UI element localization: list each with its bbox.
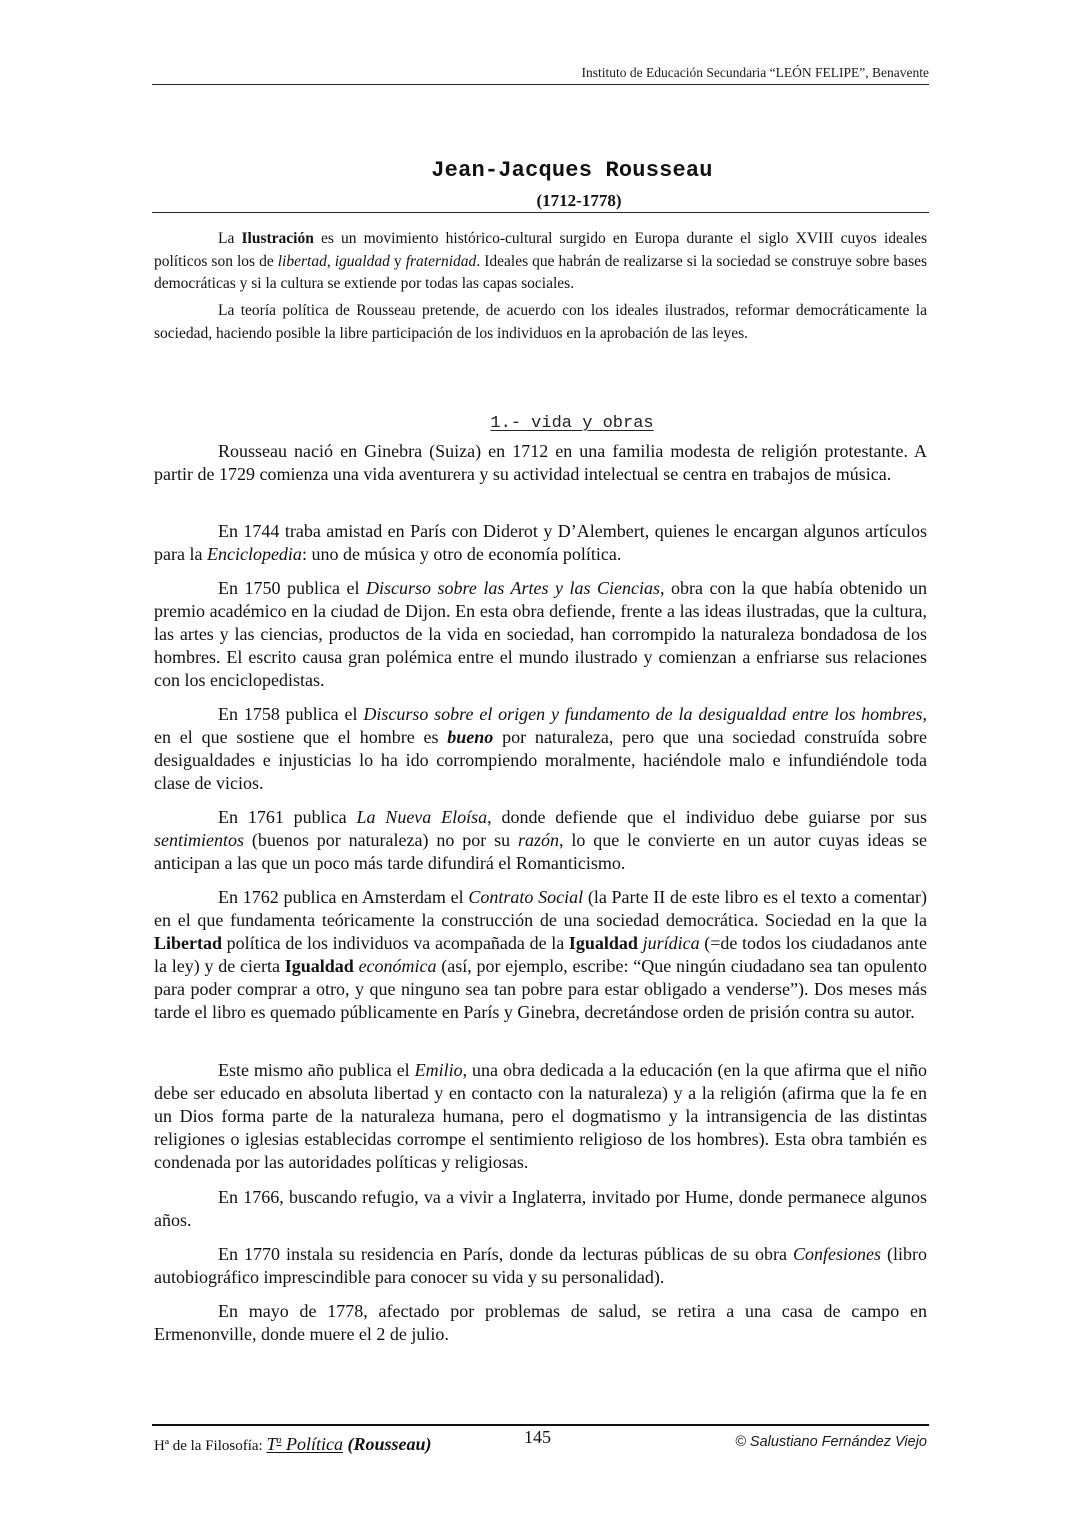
paragraph-1750: En 1750 publica el Discurso sobre las Ar… bbox=[154, 577, 927, 692]
paragraph-1762-emilio: Este mismo año publica el Emilio, una ob… bbox=[154, 1059, 927, 1174]
section-heading: 1.- vida y obras bbox=[152, 413, 992, 435]
paragraph-text: En 1744 traba amistad en París con Dider… bbox=[154, 520, 927, 566]
paragraph-1762-contrato: En 1762 publica en Amsterdam el Contrato… bbox=[154, 886, 927, 1023]
paragraph-birth: Rousseau nació en Ginebra (Suiza) en 171… bbox=[154, 440, 927, 486]
document-page: Instituto de Educación Secundaria “LEÓN … bbox=[0, 0, 1080, 1528]
life-dates: (1712-1778) bbox=[152, 190, 1006, 212]
footer-subject: Hª de la Filosofía: Ta Política (Roussea… bbox=[154, 1430, 432, 1457]
paragraph-text: Rousseau nació en Ginebra (Suiza) en 171… bbox=[154, 440, 927, 486]
intro-paragraph-2: La teoría política de Rousseau pretende,… bbox=[154, 300, 927, 345]
course-link[interactable]: Ta Política bbox=[266, 1434, 343, 1454]
paragraph-text: En 1762 publica en Amsterdam el Contrato… bbox=[154, 886, 927, 1023]
intro-paragraph-1: La Ilustración es un movimiento históric… bbox=[154, 228, 927, 296]
paragraph-text: En 1758 publica el Discurso sobre el ori… bbox=[154, 703, 927, 795]
copyright-notice: © Salustiano Fernández Viejo bbox=[735, 1432, 927, 1452]
title-divider bbox=[152, 212, 929, 213]
course-t: T bbox=[266, 1434, 276, 1454]
page-number: 145 bbox=[524, 1426, 551, 1448]
paragraph-1778: En mayo de 1778, afectado por problemas … bbox=[154, 1300, 927, 1346]
paragraph-text: En mayo de 1778, afectado por problemas … bbox=[154, 1300, 927, 1346]
paragraph-text: En 1770 instala su residencia en París, … bbox=[154, 1243, 927, 1289]
intro-paragraph-text: La teoría política de Rousseau pretende,… bbox=[154, 300, 927, 345]
paragraph-1766: En 1766, buscando refugio, va a vivir a … bbox=[154, 1186, 927, 1232]
paragraph-text: En 1766, buscando refugio, va a vivir a … bbox=[154, 1186, 927, 1232]
paragraph-1761: En 1761 publica La Nueva Eloísa, donde d… bbox=[154, 806, 927, 875]
paragraph-text: En 1761 publica La Nueva Eloísa, donde d… bbox=[154, 806, 927, 875]
running-header: Instituto de Educación Secundaria “LEÓN … bbox=[152, 64, 929, 82]
paragraph-1758: En 1758 publica el Discurso sobre el ori… bbox=[154, 703, 927, 795]
paragraph-1770: En 1770 instala su residencia en París, … bbox=[154, 1243, 927, 1289]
paragraph-1744: En 1744 traba amistad en París con Dider… bbox=[154, 520, 927, 566]
course-rest: Política bbox=[281, 1434, 343, 1454]
footer-topic: (Rousseau) bbox=[343, 1434, 432, 1454]
header-divider bbox=[152, 84, 929, 85]
paragraph-text: En 1750 publica el Discurso sobre las Ar… bbox=[154, 577, 927, 692]
footer-subject-prefix: Hª de la Filosofía: bbox=[154, 1438, 266, 1454]
paragraph-text: Este mismo año publica el Emilio, una ob… bbox=[154, 1059, 927, 1174]
intro-paragraph-text: La Ilustración es un movimiento históric… bbox=[154, 228, 927, 296]
page-title: Jean-Jacques Rousseau bbox=[152, 156, 992, 186]
